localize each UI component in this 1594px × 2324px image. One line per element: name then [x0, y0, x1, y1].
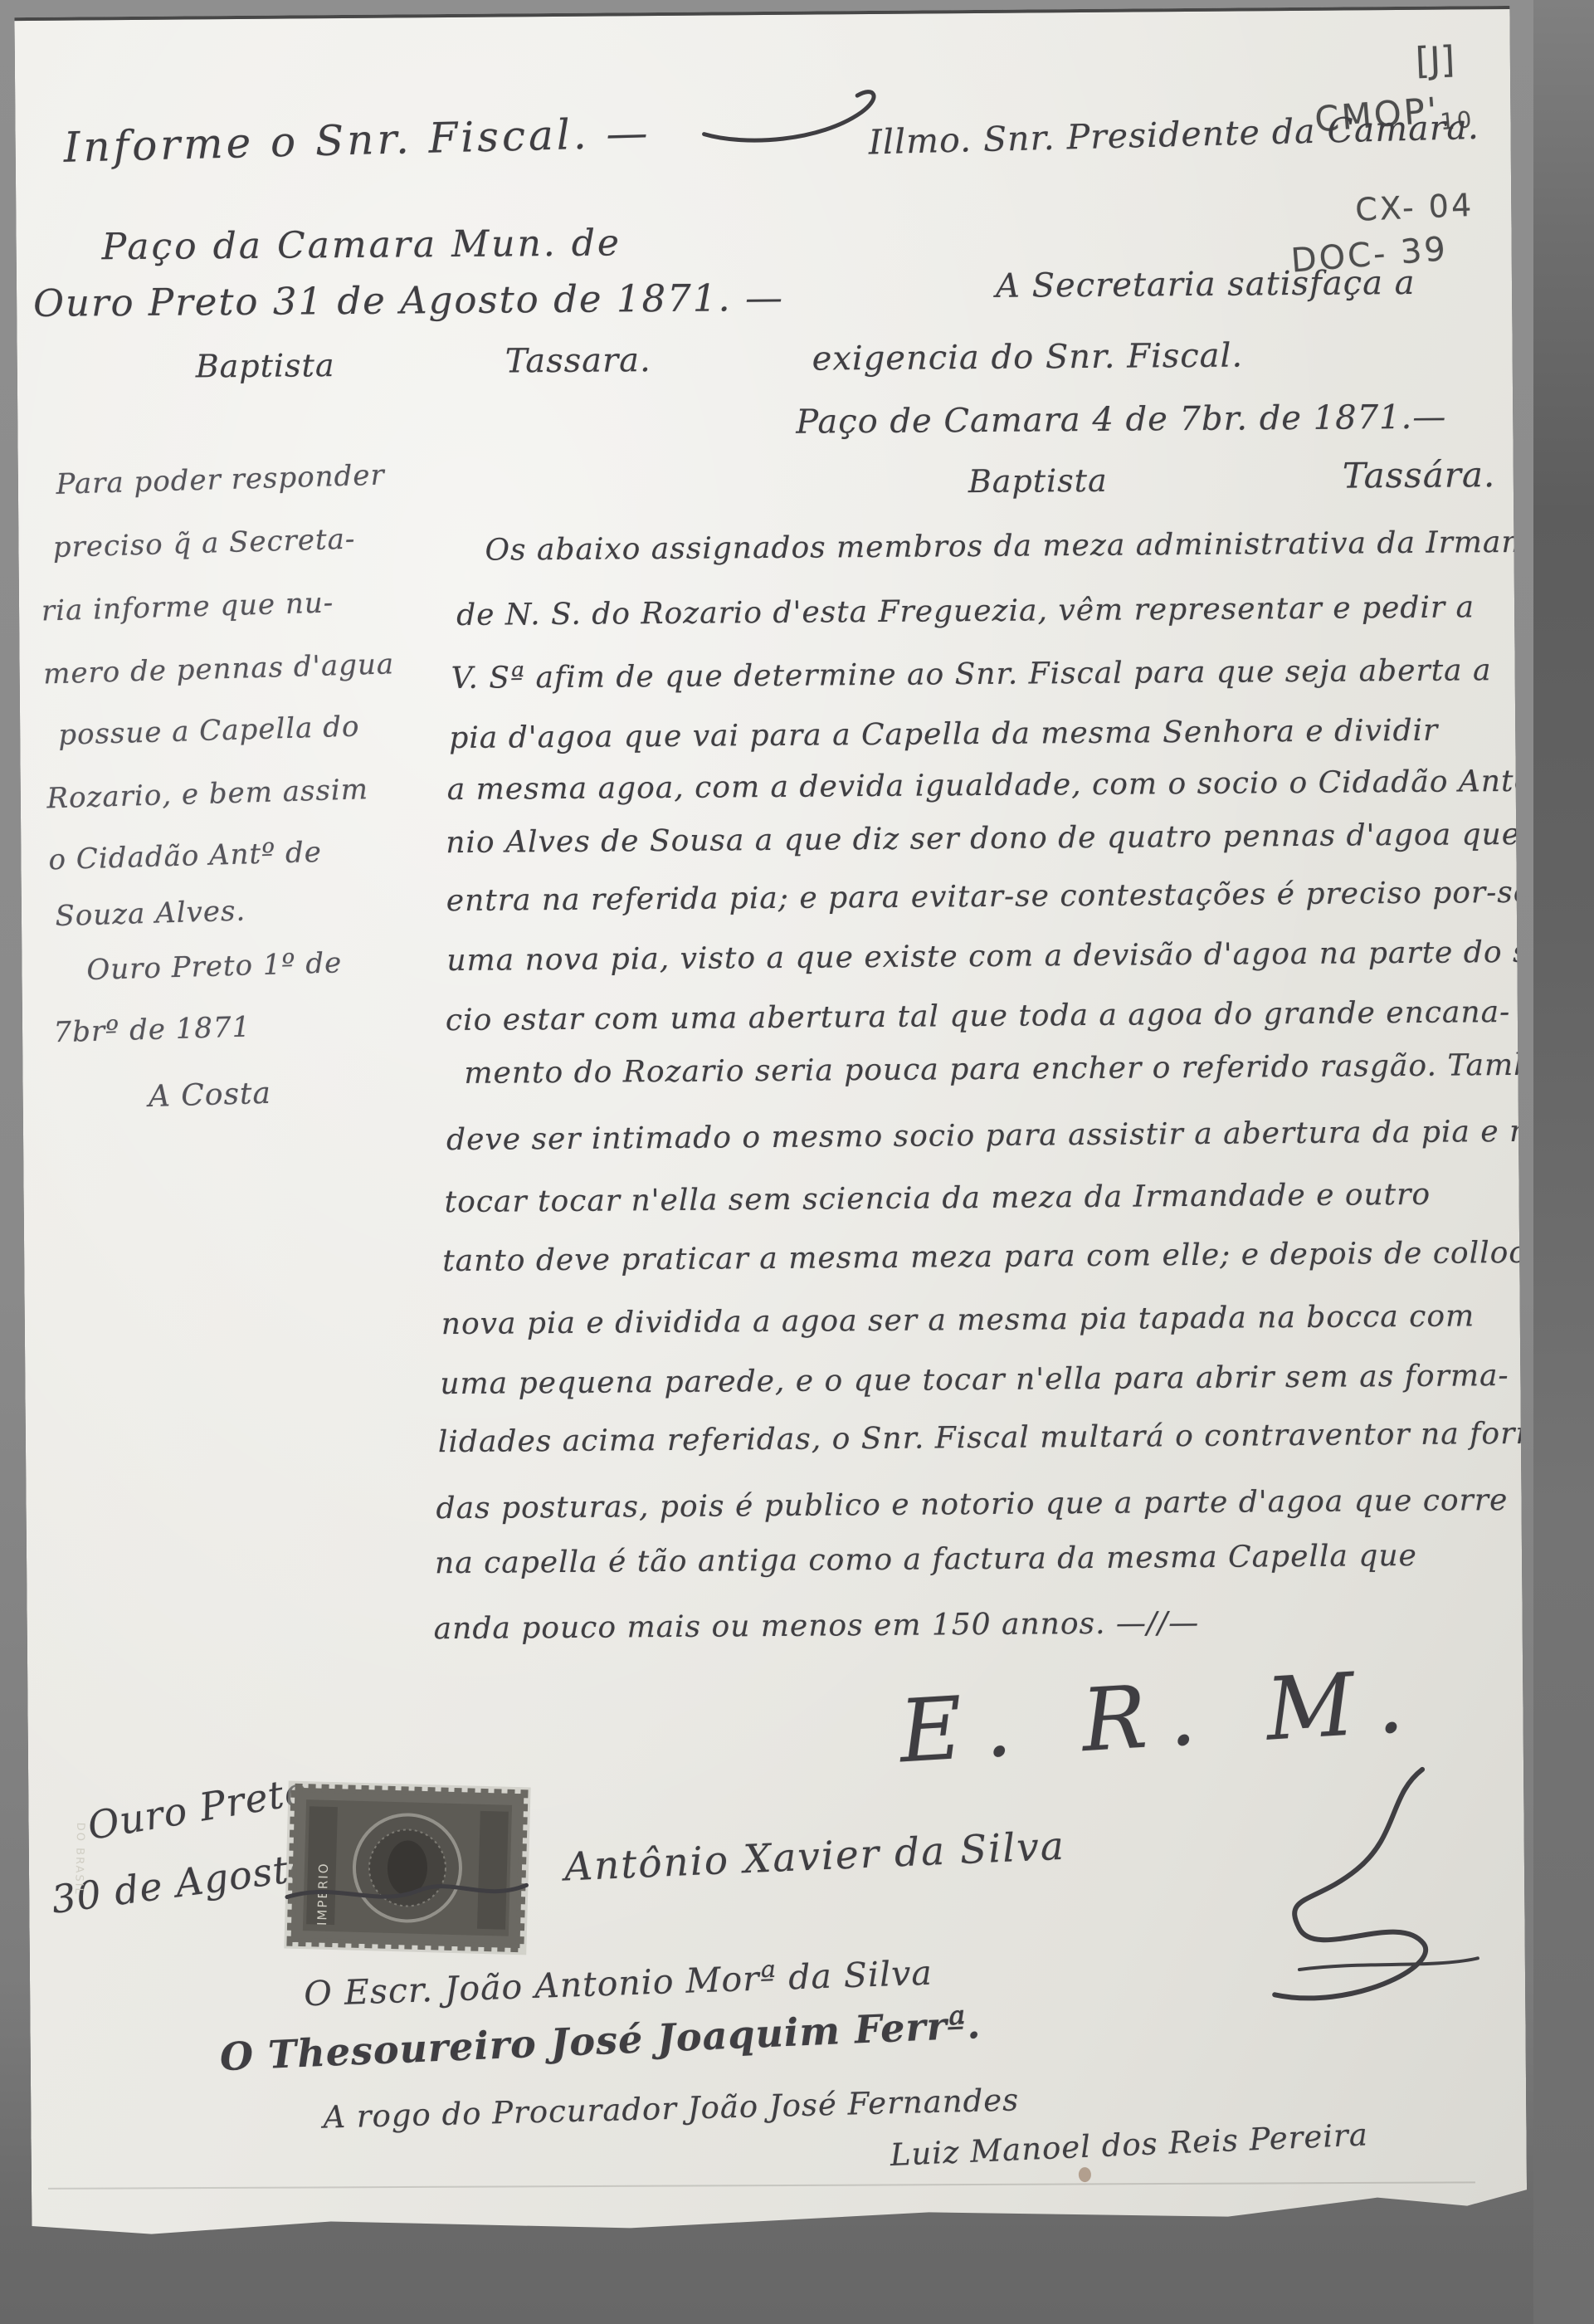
body-line: na capella é tão antiga como a factura d…: [435, 1539, 1417, 1580]
dispatch-right-signature-baptista: Baptista: [968, 462, 1108, 500]
stain-spot: [1079, 2167, 1091, 2182]
dispatch-right-line3: exigencia do Snr. Fiscal.: [812, 337, 1244, 378]
margin-note-signature: A Costa: [148, 1077, 271, 1114]
scanner-background-right-band: [1533, 0, 1594, 2324]
dispatch-right-signature-tassara: Tassára.: [1343, 454, 1496, 496]
margin-note-line: mero de pennas d'agua: [43, 647, 395, 691]
margin-note-line: 7brº de 1871: [53, 1010, 251, 1049]
fold-crease: [48, 2181, 1475, 2190]
body-line: das posturas, pois é publico e notorio q…: [436, 1483, 1508, 1526]
body-line: pia d'agoa que vai para a Capella da mes…: [449, 714, 1438, 755]
body-line: Os abaixo assignados membros da meza adm…: [485, 525, 1594, 568]
dispatch-left-line3: Ouro Preto 31 de Agosto de 1871. —: [33, 276, 784, 325]
dispatch-left-line2: Paço da Camara Mun. de: [101, 222, 622, 268]
stamp-right-band: [477, 1811, 509, 1930]
body-line: nio Alves de Sousa a que diz ser dono de…: [446, 818, 1520, 860]
margin-note-line: o Cidadão Antº de: [48, 836, 322, 876]
dispatch-right-line4: Paço de Camara 4 de 7br. de 1871.—: [796, 398, 1446, 442]
archival-mark-bracket: [J]: [1415, 39, 1455, 83]
footer-date: 30 de Agosto: [49, 1843, 315, 1922]
body-line: anda pouco mais ou menos em 150 annos. —…: [434, 1606, 1200, 1646]
signature-rubric-flourish: [1148, 1760, 1483, 2029]
dispatch-left-signature-baptista: Baptista: [196, 347, 335, 384]
footer-signature-escrivao: O Escr. João Antonio Morª da Silva: [303, 1953, 933, 2014]
margin-note-line: preciso q̃ a Secreta-: [52, 523, 356, 564]
footer-signature-antonio-xavier: Antônio Xavier da Silva: [563, 1824, 1066, 1891]
footer-signature-thesoureiro: O Thesoureiro José Joaquim Ferrª.: [219, 2002, 982, 2079]
body-line: mento do Rozario seria pouca para encher…: [464, 1047, 1582, 1091]
body-line: a mesma agoa, com a devida igualdade, co…: [447, 764, 1544, 807]
archival-mark-box-number: CX- 04: [1354, 187, 1475, 228]
body-line: cio estar com uma abertura tal que toda …: [446, 995, 1511, 1037]
dispatch-left-signature-tassara: Tassara.: [505, 341, 651, 380]
scanned-document-page: [J] CMOP'10 CX- 04 DOC- 39 Informe o Snr…: [0, 0, 1594, 2324]
footer-signature-luiz-manoel: Luiz Manoel dos Reis Pereira: [890, 2116, 1369, 2173]
body-line: lidades acima referidas, o Snr. Fiscal m…: [438, 1417, 1563, 1460]
margin-note-line: Para poder responder: [56, 459, 385, 501]
dispatch-right-line2: A Secretaria satisfaça a: [996, 264, 1416, 305]
margin-note-line: ria informe que nu-: [41, 586, 334, 627]
footer-signature-a-rogo: A rogo do Procurador João José Fernandes: [323, 2082, 1020, 2135]
margin-note-line: Souza Alves.: [55, 895, 246, 934]
dispatch-left-line1: Informe o Snr. Fiscal. —: [63, 109, 651, 172]
body-line: V. Sª afim de que determine ao Snr. Fisc…: [451, 653, 1492, 696]
manuscript-paper: [J] CMOP'10 CX- 04 DOC- 39 Informe o Snr…: [14, 6, 1527, 2255]
stamp-label-do-brasil: DO BRASIL: [72, 1823, 86, 1896]
body-line: entra na referida pia; e para evitar-se …: [446, 876, 1533, 918]
margin-note-line: Rozario, e bem assim: [46, 773, 369, 815]
body-line: nova pia e dividida a agoa ser a mesma p…: [441, 1299, 1475, 1341]
footer-place: Ouro Preto: [85, 1768, 311, 1848]
revenue-stamp: IMPERIO DO BRASIL: [284, 1781, 530, 1955]
body-line: uma nova pia, visto a que existe com a d…: [446, 935, 1558, 979]
body-line: tanto deve praticar a mesma meza para co…: [442, 1235, 1594, 1278]
body-line: tocar tocar n'ella sem sciencia da meza …: [445, 1178, 1431, 1219]
margin-note-line: possue a Capella do: [58, 710, 360, 752]
margin-note-line: Ouro Preto 1º de: [86, 946, 343, 987]
body-line: de N. S. do Rozario d'esta Freguezia, vê…: [456, 590, 1475, 632]
body-line: deve ser intimado o mesmo socio para ass…: [446, 1114, 1567, 1157]
body-line: uma pequena parede, e o que tocar n'ella…: [440, 1359, 1509, 1401]
